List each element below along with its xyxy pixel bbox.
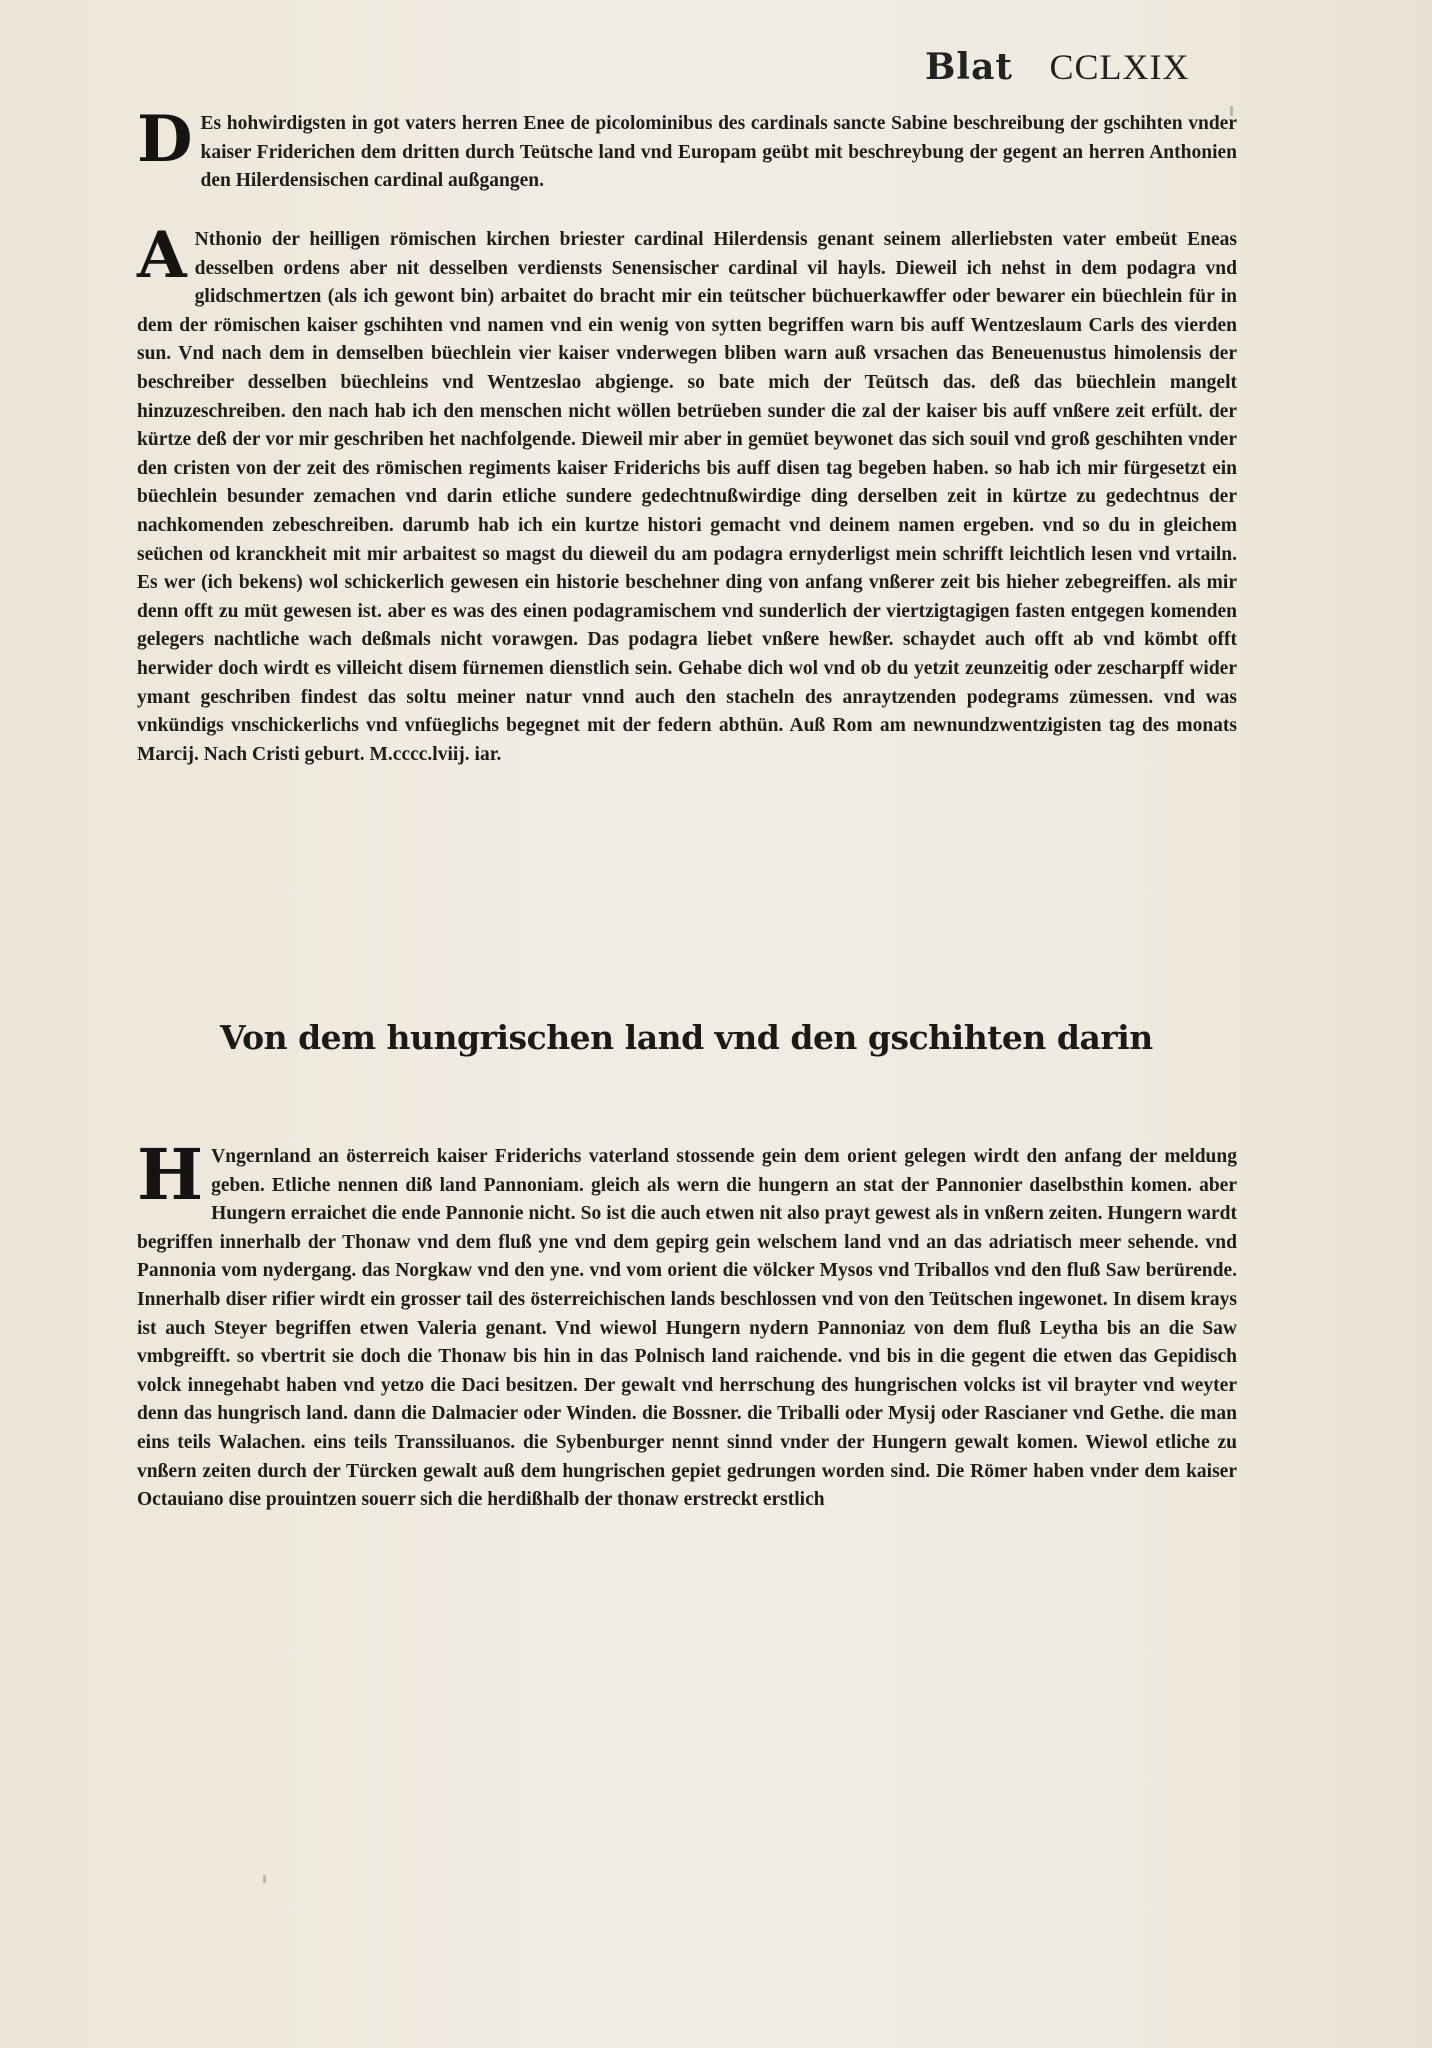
hungary-text: Vngernland an österreich kaiser Frideric… bbox=[137, 1143, 1237, 1515]
intro-text: Es hohwirdigsten in got vaters herren En… bbox=[137, 110, 1237, 196]
paper-speck bbox=[263, 1875, 266, 1883]
folio-number: CCLXIX bbox=[1050, 47, 1190, 87]
folio-header: Blat CCLXIX bbox=[925, 46, 1190, 88]
folio-label: Blat bbox=[925, 46, 1013, 88]
intro-paragraph: D Es hohwirdigsten in got vaters herren … bbox=[137, 110, 1237, 196]
section-heading: Von dem hungrischen land vnd den gschiht… bbox=[220, 1018, 1153, 1057]
initial-letter-d: D bbox=[137, 112, 193, 168]
hungary-paragraph: H Vngernland an österreich kaiser Frider… bbox=[137, 1143, 1237, 1515]
initial-letter-a: A bbox=[137, 228, 187, 284]
letter-paragraph: A Nthonio der heilligen römischen kirche… bbox=[137, 226, 1237, 769]
paper-speck bbox=[1230, 106, 1233, 116]
initial-letter-h: H bbox=[137, 1145, 203, 1205]
letter-text: Nthonio der heilligen römischen kirchen … bbox=[137, 226, 1237, 769]
